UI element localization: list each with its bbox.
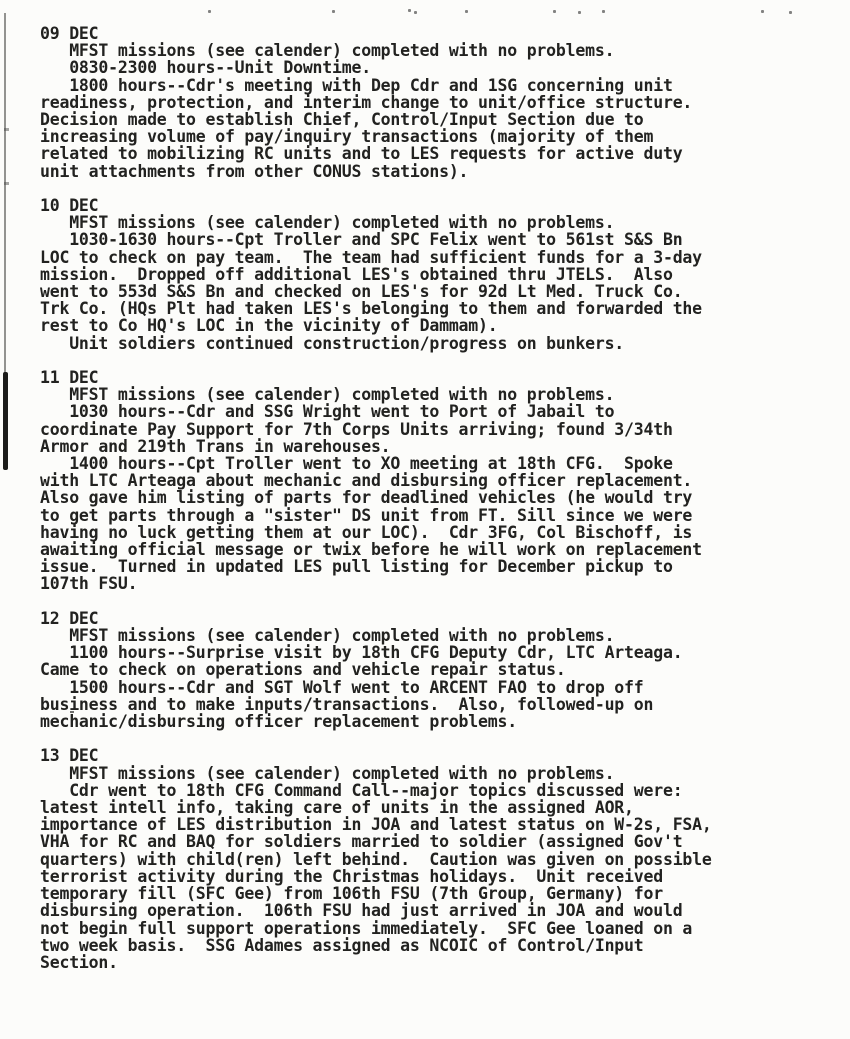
- scan-speck: [761, 10, 764, 13]
- scan-speck: [789, 11, 792, 14]
- scan-speck: [332, 10, 335, 13]
- scan-edge-line-dark: [3, 372, 8, 470]
- scan-edge-line-nub: [4, 128, 9, 131]
- entry-body: MFST missions (see calender) completed w…: [40, 765, 712, 971]
- scan-speck: [414, 11, 417, 14]
- entry-date: 09 DEC: [40, 25, 712, 42]
- scanned-document-page: 09 DEC MFST missions (see calender) comp…: [0, 0, 850, 1039]
- scan-speck: [208, 10, 211, 13]
- log-entry-10-dec: 10 DEC MFST missions (see calender) comp…: [40, 197, 712, 352]
- entry-date: 11 DEC: [40, 369, 712, 386]
- scan-speck: [602, 10, 605, 13]
- scan-edge-line: [4, 13, 6, 373]
- log-entry-09-dec: 09 DEC MFST missions (see calender) comp…: [40, 25, 712, 180]
- scan-speck: [408, 9, 411, 12]
- entry-body: MFST missions (see calender) completed w…: [40, 627, 712, 730]
- entry-date: 12 DEC: [40, 610, 712, 627]
- entry-date: 13 DEC: [40, 747, 712, 764]
- scan-speck: [578, 11, 581, 14]
- scan-edge-line-nub: [4, 182, 9, 185]
- scan-speck: [553, 10, 556, 13]
- scan-speck: [465, 10, 468, 13]
- log-entry-11-dec: 11 DEC MFST missions (see calender) comp…: [40, 369, 712, 593]
- log-entry-13-dec: 13 DEC MFST missions (see calender) comp…: [40, 747, 712, 971]
- entry-body: MFST missions (see calender) completed w…: [40, 386, 712, 592]
- log-entry-12-dec: 12 DEC MFST missions (see calender) comp…: [40, 610, 712, 730]
- entry-body: MFST missions (see calender) completed w…: [40, 42, 712, 180]
- log-text: 09 DEC MFST missions (see calender) comp…: [40, 25, 712, 988]
- entry-date: 10 DEC: [40, 197, 712, 214]
- entry-body: MFST missions (see calender) completed w…: [40, 214, 712, 352]
